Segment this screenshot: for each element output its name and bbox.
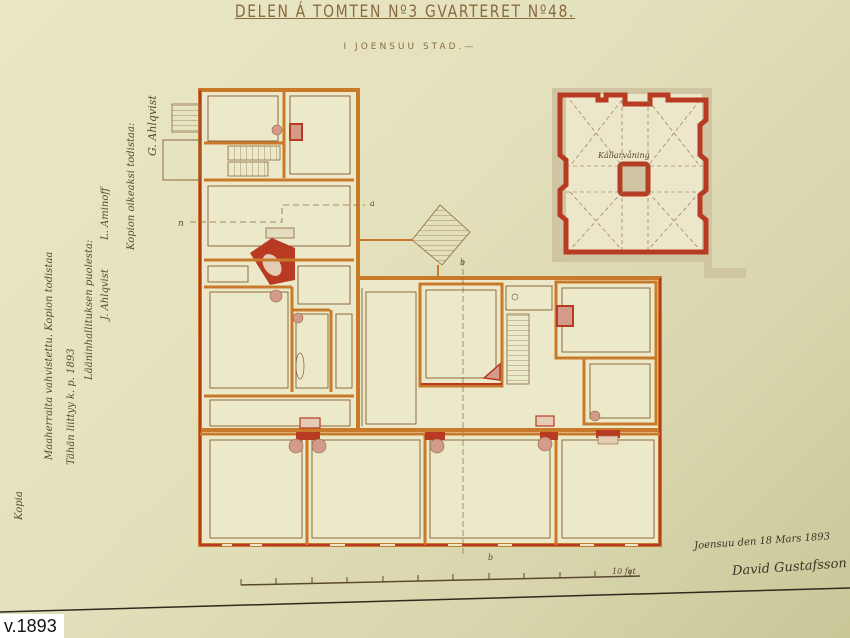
annotation-kopia: Kopia: [14, 491, 25, 520]
svg-text:b: b: [488, 553, 493, 562]
scale-bar: 10 fot: [241, 567, 640, 585]
sheet-border-line: [0, 588, 850, 612]
svg-text:10 fot: 10 fot: [612, 567, 637, 576]
annotation-line-1: Maaherralta vahvistettu. Kopion todistaa: [44, 252, 55, 460]
annotation-line-5: J. Ahlqvist: [100, 269, 111, 320]
annotation-line-7: G. Ahlqvist: [146, 95, 159, 156]
annotation-line-3: Lääninhallituksen puolesta:: [84, 240, 95, 380]
outbuilding-cellar: Källarvåning: [552, 88, 746, 278]
annotation-line-6: Kopion oikeaksi todistaa:: [126, 123, 137, 250]
svg-text:n: n: [178, 219, 184, 229]
version-badge: v.1893: [0, 614, 64, 638]
annotation-line-2: Tähän liittyy k. p. 1893: [66, 348, 77, 465]
annotation-line-4: L. Aminoff: [100, 188, 111, 240]
outbuilding-label: Källarvåning: [597, 151, 650, 160]
svg-text:b: b: [460, 258, 465, 267]
svg-text:a: a: [370, 199, 375, 208]
